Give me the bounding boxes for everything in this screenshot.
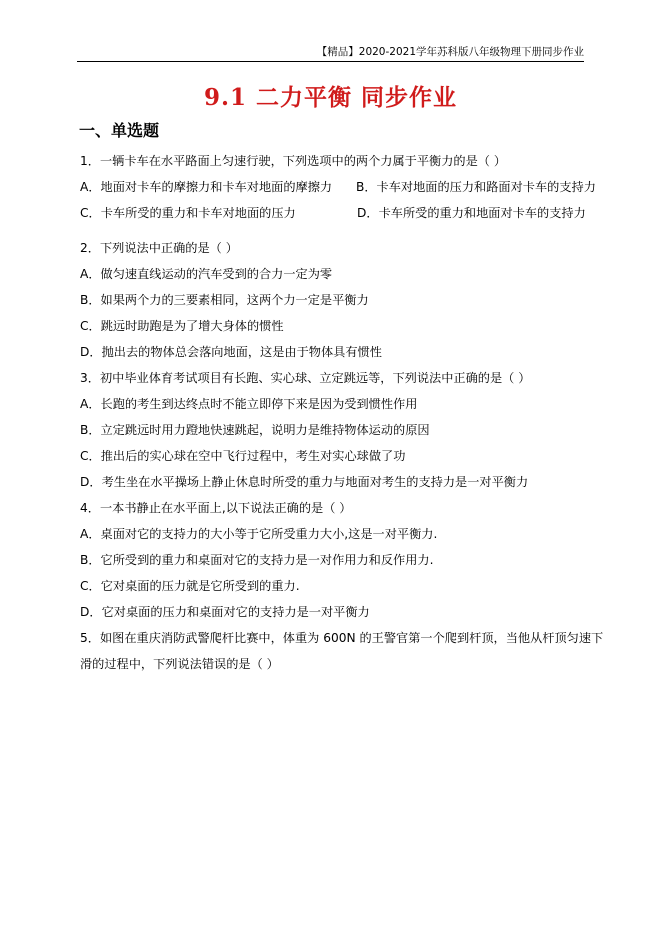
page-title: 9.1 二力平衡 同步作业 — [0, 82, 661, 114]
question-3-option-d: D．考生坐在水平操场上静止休息时所受的重力与地面对考生的支持力是一对平衡力 — [80, 474, 528, 490]
question-1-option-d: D．卡车所受的重力和地面对卡车的支持力 — [357, 205, 586, 221]
question-1-stem: 1．一辆卡车在水平路面上匀速行驶，下列选项中的两个力属于平衡力的是（ ） — [80, 153, 506, 169]
question-1-option-a: A．地面对卡车的摩擦力和卡车对地面的摩擦力 — [80, 179, 332, 195]
question-2-option-b: B．如果两个力的三要素相同，这两个力一定是平衡力 — [80, 292, 369, 308]
question-4-option-a: A．桌面对它的支持力的大小等于它所受重力大小,这是一对平衡力. — [80, 526, 437, 542]
question-1-option-c: C．卡车所受的重力和卡车对地面的压力 — [80, 205, 296, 221]
question-1-option-b: B．卡车对地面的压力和路面对卡车的支持力 — [356, 179, 596, 195]
section-heading: 一、单选题 — [79, 120, 159, 142]
question-2-option-a: A．做匀速直线运动的汽车受到的合力一定为零 — [80, 266, 332, 282]
header-rule — [77, 61, 584, 62]
question-3-option-a: A．长跑的考生到达终点时不能立即停下来是因为受到惯性作用 — [80, 396, 417, 412]
page-header: 【精品】2020-2021学年苏科版八年级物理下册同步作业 — [77, 45, 584, 59]
question-2-option-d: D．抛出去的物体总会落向地面，这是由于物体具有惯性 — [80, 344, 382, 360]
question-3-option-b: B．立定跳远时用力蹬地快速跳起，说明力是维持物体运动的原因 — [80, 422, 430, 438]
question-4-option-c: C．它对桌面的压力就是它所受到的重力. — [80, 578, 300, 594]
question-5-stem-line1: 5．如图在重庆消防武警爬杆比赛中，体重为 600N 的王警官第一个爬到杆顶，当他… — [80, 630, 603, 646]
question-5-stem-line2: 滑的过程中，下列说法错误的是（ ） — [80, 656, 279, 672]
question-4-option-b: B．它所受到的重力和桌面对它的支持力是一对作用力和反作用力. — [80, 552, 434, 568]
question-2-stem: 2．下列说法中正确的是（ ） — [80, 240, 238, 256]
question-4-stem: 4．一本书静止在水平面上,以下说法正确的是（ ） — [80, 500, 351, 516]
question-4-option-d: D．它对桌面的压力和桌面对它的支持力是一对平衡力 — [80, 604, 370, 620]
question-2-option-c: C．跳远时助跑是为了增大身体的惯性 — [80, 318, 284, 334]
question-3-stem: 3．初中毕业体育考试项目有长跑、实心球、立定跳远等，下列说法中正确的是（ ） — [80, 370, 530, 386]
question-3-option-c: C．推出后的实心球在空中飞行过程中，考生对实心球做了功 — [80, 448, 405, 464]
